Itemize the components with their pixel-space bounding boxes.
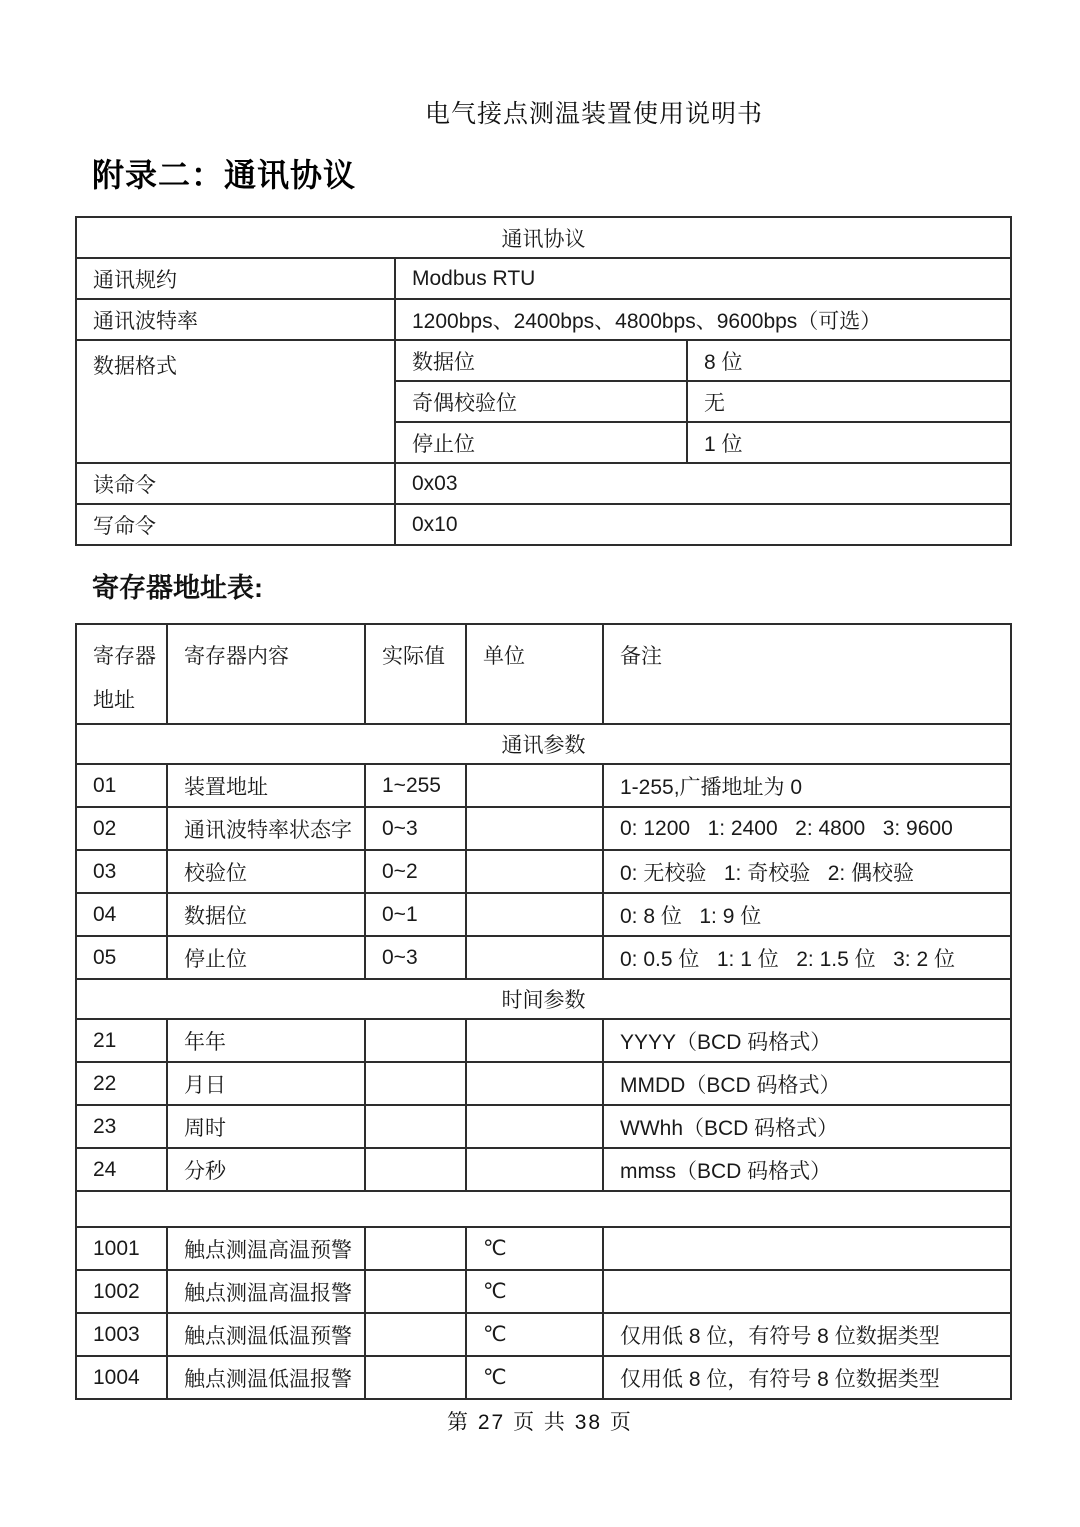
cell-unit: ℃ xyxy=(466,1356,603,1399)
cell-remark xyxy=(603,1270,1011,1313)
table-row: 02 通讯波特率状态字 0~3 0: 1200 1: 2400 2: 4800 … xyxy=(76,807,1011,850)
cell-actual xyxy=(365,1148,466,1191)
cell-actual: 0~2 xyxy=(365,850,466,893)
section-row: 通讯参数 xyxy=(76,724,1011,764)
protocol-subrow-label: 停止位 xyxy=(395,422,687,463)
cell-actual xyxy=(365,1313,466,1356)
protocol-row-label: 通讯规约 xyxy=(76,258,395,299)
protocol-row-value: 1200bps、2400bps、4800bps、9600bps（可选） xyxy=(395,299,1011,340)
cell-content: 停止位 xyxy=(167,936,365,979)
cell-content: 年年 xyxy=(167,1019,365,1062)
cell-address: 1003 xyxy=(76,1313,167,1356)
cell-remark: 0: 8 位 1: 9 位 xyxy=(603,893,1011,936)
cell-remark: MMDD（BCD 码格式） xyxy=(603,1062,1011,1105)
cell-actual xyxy=(365,1227,466,1270)
cell-actual xyxy=(365,1105,466,1148)
cell-content: 触点测温高温报警 xyxy=(167,1270,365,1313)
header-content: 寄存器内容 xyxy=(167,624,365,724)
cell-remark xyxy=(603,1227,1011,1270)
cell-address: 02 xyxy=(76,807,167,850)
table-row: 写命令 0x10 xyxy=(76,504,1011,545)
register-table-title: 寄存器地址表: xyxy=(92,566,263,605)
cell-remark: YYYY（BCD 码格式） xyxy=(603,1019,1011,1062)
cell-address: 01 xyxy=(76,764,167,807)
table-row: 通讯规约 Modbus RTU xyxy=(76,258,1011,299)
protocol-table-title: 通讯协议 xyxy=(76,217,1011,258)
cell-unit: ℃ xyxy=(466,1313,603,1356)
cell-actual xyxy=(365,1062,466,1105)
cell-actual: 0~3 xyxy=(365,936,466,979)
document-page: 电气接点测温装置使用说明书 附录二：通讯协议 通讯协议 通讯规约 Modbus … xyxy=(0,0,1080,1527)
header-remark: 备注 xyxy=(603,624,1011,724)
protocol-subrow-value: 无 xyxy=(687,381,1011,422)
cell-content: 通讯波特率状态字 xyxy=(167,807,365,850)
table-row: 04 数据位 0~1 0: 8 位 1: 9 位 xyxy=(76,893,1011,936)
cell-address: 23 xyxy=(76,1105,167,1148)
table-row: 21 年年 YYYY（BCD 码格式） xyxy=(76,1019,1011,1062)
document-header: 电气接点测温装置使用说明书 xyxy=(0,94,1080,130)
header-actual-value: 实际值 xyxy=(365,624,466,724)
table-row: 22 月日 MMDD（BCD 码格式） xyxy=(76,1062,1011,1105)
table-row: 1003 触点测温低温预警 ℃ 仅用低 8 位，有符号 8 位数据类型 xyxy=(76,1313,1011,1356)
cell-remark: 0: 0.5 位 1: 1 位 2: 1.5 位 3: 2 位 xyxy=(603,936,1011,979)
cell-content: 触点测温低温预警 xyxy=(167,1313,365,1356)
cell-content: 数据位 xyxy=(167,893,365,936)
protocol-row-label: 写命令 xyxy=(76,504,395,545)
protocol-subrow-label: 数据位 xyxy=(395,340,687,381)
protocol-table-title-row: 通讯协议 xyxy=(76,217,1011,258)
table-row: 03 校验位 0~2 0: 无校验 1: 奇校验 2: 偶校验 xyxy=(76,850,1011,893)
cell-remark: 0: 无校验 1: 奇校验 2: 偶校验 xyxy=(603,850,1011,893)
protocol-subrow-label: 奇偶校验位 xyxy=(395,381,687,422)
cell-content: 周时 xyxy=(167,1105,365,1148)
protocol-row-value: 0x10 xyxy=(395,504,1011,545)
cell-unit xyxy=(466,1148,603,1191)
cell-unit: ℃ xyxy=(466,1227,603,1270)
table-row: 通讯波特率 1200bps、2400bps、4800bps、9600bps（可选… xyxy=(76,299,1011,340)
table-row: 05 停止位 0~3 0: 0.5 位 1: 1 位 2: 1.5 位 3: 2… xyxy=(76,936,1011,979)
cell-actual: 1~255 xyxy=(365,764,466,807)
cell-actual: 0~1 xyxy=(365,893,466,936)
cell-unit xyxy=(466,893,603,936)
cell-content: 分秒 xyxy=(167,1148,365,1191)
appendix-title: 附录二：通讯协议 xyxy=(92,150,356,196)
section-time-params: 时间参数 xyxy=(76,979,1011,1019)
cell-unit xyxy=(466,1019,603,1062)
cell-remark: 仅用低 8 位，有符号 8 位数据类型 xyxy=(603,1313,1011,1356)
section-row: 时间参数 xyxy=(76,979,1011,1019)
cell-content: 月日 xyxy=(167,1062,365,1105)
protocol-table: 通讯协议 通讯规约 Modbus RTU 通讯波特率 1200bps、2400b… xyxy=(75,216,1012,546)
cell-content: 触点测温低温报警 xyxy=(167,1356,365,1399)
cell-address: 1004 xyxy=(76,1356,167,1399)
protocol-row-label: 通讯波特率 xyxy=(76,299,395,340)
cell-address: 22 xyxy=(76,1062,167,1105)
protocol-row-label: 数据格式 xyxy=(76,340,395,463)
cell-address: 24 xyxy=(76,1148,167,1191)
cell-unit xyxy=(466,1062,603,1105)
cell-unit: ℃ xyxy=(466,1270,603,1313)
cell-actual xyxy=(365,1270,466,1313)
cell-unit xyxy=(466,764,603,807)
protocol-row-value: Modbus RTU xyxy=(395,258,1011,299)
protocol-subrow-value: 8 位 xyxy=(687,340,1011,381)
cell-remark: 1-255,广播地址为 0 xyxy=(603,764,1011,807)
register-table: 寄存器地址 寄存器内容 实际值 单位 备注 通讯参数 01 装置地址 1~255… xyxy=(75,623,1012,1400)
header-address-line1: 寄存器 xyxy=(93,645,156,668)
table-row: 数据格式 数据位 8 位 xyxy=(76,340,1011,381)
cell-unit xyxy=(466,807,603,850)
header-address: 寄存器地址 xyxy=(76,624,167,724)
cell-address: 05 xyxy=(76,936,167,979)
cell-address: 1002 xyxy=(76,1270,167,1313)
cell-remark: 0: 1200 1: 2400 2: 4800 3: 9600 xyxy=(603,807,1011,850)
cell-remark: 仅用低 8 位，有符号 8 位数据类型 xyxy=(603,1356,1011,1399)
cell-content: 校验位 xyxy=(167,850,365,893)
cell-unit xyxy=(466,850,603,893)
cell-unit xyxy=(466,936,603,979)
cell-content: 触点测温高温预警 xyxy=(167,1227,365,1270)
cell-content: 装置地址 xyxy=(167,764,365,807)
table-row: 读命令 0x03 xyxy=(76,463,1011,504)
protocol-row-value: 0x03 xyxy=(395,463,1011,504)
header-address-line2: 地址 xyxy=(93,689,135,712)
register-header-row: 寄存器地址 寄存器内容 实际值 单位 备注 xyxy=(76,624,1011,724)
cell-actual xyxy=(365,1356,466,1399)
section-comm-params: 通讯参数 xyxy=(76,724,1011,764)
table-row: 23 周时 WWhh（BCD 码格式） xyxy=(76,1105,1011,1148)
protocol-row-label: 读命令 xyxy=(76,463,395,504)
table-row: 1004 触点测温低温报警 ℃ 仅用低 8 位，有符号 8 位数据类型 xyxy=(76,1356,1011,1399)
cell-remark: WWhh（BCD 码格式） xyxy=(603,1105,1011,1148)
cell-address: 1001 xyxy=(76,1227,167,1270)
table-row: 01 装置地址 1~255 1-255,广播地址为 0 xyxy=(76,764,1011,807)
cell-address: 03 xyxy=(76,850,167,893)
cell-unit xyxy=(466,1105,603,1148)
table-row: 1002 触点测温高温报警 ℃ xyxy=(76,1270,1011,1313)
header-unit: 单位 xyxy=(466,624,603,724)
cell-actual xyxy=(365,1019,466,1062)
empty-row-cell xyxy=(76,1191,1011,1227)
protocol-subrow-value: 1 位 xyxy=(687,422,1011,463)
page-number: 第 27 页 共 38 页 xyxy=(0,1406,1080,1436)
cell-address: 21 xyxy=(76,1019,167,1062)
cell-address: 04 xyxy=(76,893,167,936)
table-row: 1001 触点测温高温预警 ℃ xyxy=(76,1227,1011,1270)
cell-remark: mmss（BCD 码格式） xyxy=(603,1148,1011,1191)
table-row: 24 分秒 mmss（BCD 码格式） xyxy=(76,1148,1011,1191)
empty-row xyxy=(76,1191,1011,1227)
cell-actual: 0~3 xyxy=(365,807,466,850)
